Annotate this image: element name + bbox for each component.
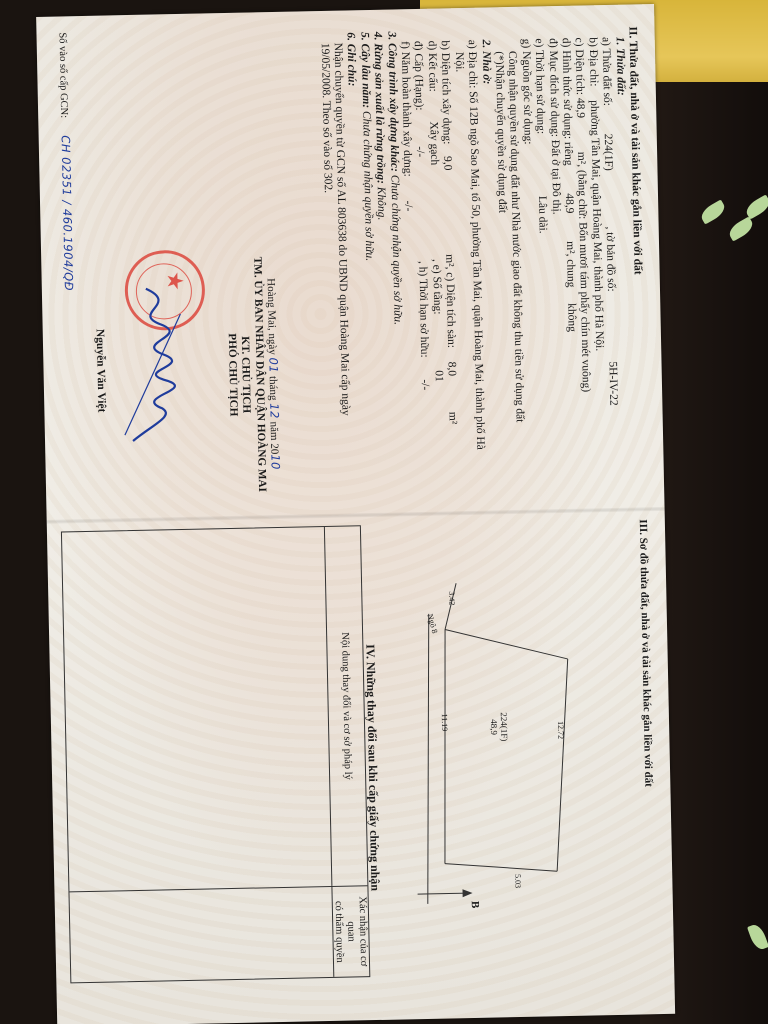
- side-top-length: 3.42: [447, 591, 456, 605]
- side-bottom-length: 5.03: [513, 874, 522, 888]
- parcel-label: 224(1F) 48,9: [489, 712, 510, 741]
- confirmation-column: Xác nhận của cơ quan có thẩm quyền: [69, 886, 369, 982]
- certificate-page: II. Thửa đất, nhà ở và tài sản khác gắn …: [36, 0, 656, 1016]
- section-2-panel: II. Thửa đất, nhà ở và tài sản khác gắn …: [36, 4, 664, 522]
- parcel-number: 224(1F): [602, 134, 615, 171]
- parcel-id: 224(1F): [499, 712, 510, 741]
- side-right-length: 12.72: [556, 721, 565, 739]
- changes-table: Nội dung thay đổi và cơ sở pháp lý Xác n…: [61, 525, 370, 983]
- north-label: B: [469, 901, 481, 909]
- signature-block: Hoàng Mai, ngày 01 tháng 12 năm 2010 TM.…: [222, 234, 282, 515]
- changes-column: Nội dung thay đổi và cơ sở pháp lý: [62, 526, 367, 892]
- side-left-length: 11.19: [440, 713, 449, 731]
- confirmation-column-header: Xác nhận của cơ quan có thẩm quyền: [331, 886, 369, 977]
- registry-number-row: Số vào sổ cấp GCN: CH 02351 / 460.1904/Q…: [56, 32, 75, 291]
- parcel-area: 48,9: [489, 719, 499, 735]
- certificate-sheet: II. Thửa đất, nhà ở và tài sản khác gắn …: [36, 4, 675, 1024]
- land-plot-diagram: [385, 540, 645, 1015]
- section-3-4-panel: III. Sơ đồ thửa đất, nhà ở và tài sản kh…: [47, 509, 675, 1024]
- land-area: 48,9: [574, 98, 586, 118]
- changes-column-header: Nội dung thay đổi và cơ sở pháp lý: [324, 526, 368, 886]
- signature-icon: [120, 284, 193, 445]
- signer-name: Nguyễn Văn Việt: [92, 251, 109, 491]
- registry-number: CH 02351 / 460.1904/QĐ: [59, 135, 76, 291]
- map-sheet-number: 5H-IV-22: [607, 361, 620, 406]
